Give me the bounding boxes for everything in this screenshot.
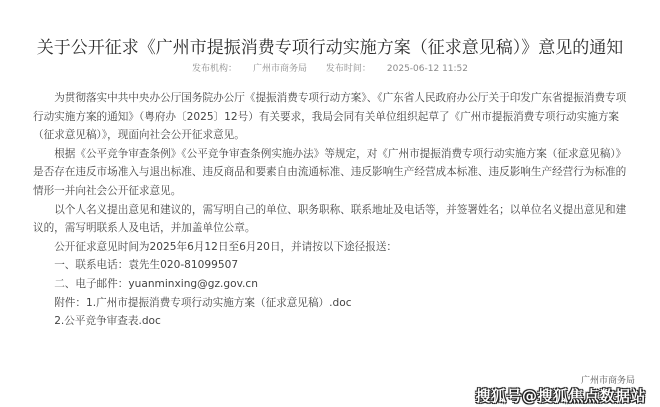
contact-phone: 一、联系电话：袁先生020-81099507 xyxy=(33,256,633,275)
attachment-1: 附件：1.广州市提振消费专项行动实施方案（征求意见稿）.doc xyxy=(33,294,633,313)
document-title: 关于公开征求《广州市提振消费专项行动实施方案（征求意见稿）》意见的通知 xyxy=(0,33,660,58)
publish-time-info: 发布时间：2025-06-12 11:52 xyxy=(326,64,468,74)
attachment-2: 2.公平竞争审查表.doc xyxy=(33,312,633,331)
publish-time-label: 发布时间： xyxy=(326,64,371,74)
contact-phone-label: 一、联系电话： xyxy=(54,259,128,271)
contact-email-label: 二、电子邮件： xyxy=(54,278,128,290)
paragraph-submission-requirements: 以个人名义提出意见和建议的，需写明自己的单位、职务职称、联系地址及电话等，并签署… xyxy=(33,201,633,238)
document-meta: 发布机构：广州市商务局 发布时间：2025-06-12 11:52 xyxy=(0,61,660,74)
attachment-link-1[interactable]: 1.广州市提振消费专项行动实施方案（征求意见稿）.doc xyxy=(86,297,352,309)
document-body: 为贯彻落实中共中央办公厅国务院办公厅《提振消费专项行动方案》、《广东省人民政府办… xyxy=(33,89,633,331)
paragraph-background: 为贯彻落实中共中央办公厅国务院办公厅《提振消费专项行动方案》、《广东省人民政府办… xyxy=(33,89,633,145)
publish-time-value: 2025-06-12 11:52 xyxy=(387,64,468,74)
contact-email-value[interactable]: yuanminxing@gz.gov.cn xyxy=(128,278,258,290)
paragraph-submission-period: 公开征求意见时间为2025年6月12日至6月20日，并请按以下途径报送： xyxy=(33,238,633,257)
contact-phone-value: 袁先生020-81099507 xyxy=(128,259,238,271)
publisher-info: 发布机构：广州市商务局 xyxy=(192,64,307,74)
publisher-value: 广州市商务局 xyxy=(253,64,307,74)
publisher-label: 发布机构： xyxy=(192,64,237,74)
attachments-label: 附件： xyxy=(54,297,86,309)
watermark: 搜狐号@搜狐焦点数据站 xyxy=(475,385,646,406)
attachment-link-2[interactable]: 2.公平竞争审查表.doc xyxy=(54,315,161,327)
contact-email: 二、电子邮件：yuanminxing@gz.gov.cn xyxy=(33,275,633,294)
paragraph-fair-competition: 根据《公平竞争审查条例》《公平竞争审查条例实施办法》等规定，对《广州市提振消费专… xyxy=(33,145,633,201)
